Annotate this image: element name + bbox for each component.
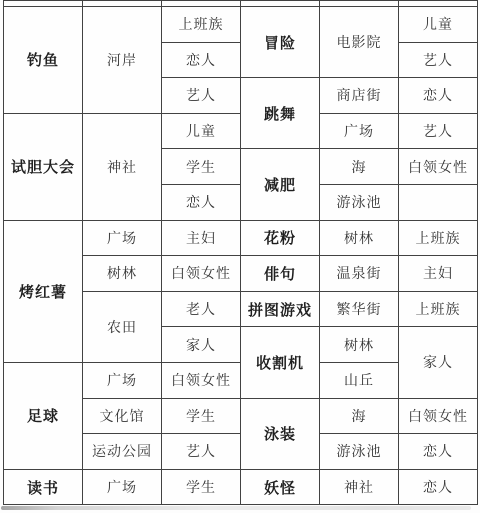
activity-cell: 冒险 — [241, 7, 320, 78]
character-cell: 上班族 — [399, 291, 478, 327]
activity-cell: 妖怪 — [241, 469, 320, 505]
table-body: 钓鱼河岸上班族冒险电影院儿童恋人艺人艺人跳舞商店街恋人试胆大会神社儿童广场艺人学… — [4, 1, 478, 505]
character-cell: 艺人 — [399, 42, 478, 78]
character-cell: 老人 — [162, 291, 241, 327]
table-row: 烤红薯广场主妇花粉树林上班族 — [4, 220, 478, 256]
character-cell: 艺人 — [162, 434, 241, 470]
location-cell: 神社 — [83, 113, 162, 220]
character-cell: 上班族 — [162, 7, 241, 43]
activity-cell: 减肥 — [241, 149, 320, 220]
location-cell: 游泳池 — [320, 184, 399, 220]
activity-cell: 跳舞 — [241, 78, 320, 149]
location-cell: 树林 — [320, 327, 399, 363]
location-cell: 繁华街 — [320, 291, 399, 327]
location-cell: 广场 — [320, 113, 399, 149]
character-cell: 学生 — [162, 398, 241, 434]
character-cell: 学生 — [162, 469, 241, 505]
location-cell: 河岸 — [83, 7, 162, 114]
activity-cell: 钓鱼 — [4, 7, 83, 114]
character-cell: 艺人 — [162, 78, 241, 114]
activity-cell: 收割机 — [241, 327, 320, 398]
location-cell: 文化馆 — [83, 398, 162, 434]
character-cell: 白领女性 — [399, 398, 478, 434]
character-cell: 学生 — [162, 149, 241, 185]
location-cell: 商店街 — [320, 78, 399, 114]
location-cell: 电影院 — [320, 7, 399, 78]
location-cell: 海 — [320, 398, 399, 434]
character-cell: 恋人 — [399, 434, 478, 470]
activity-cell: 读书 — [4, 469, 83, 505]
table-row: 读书广场学生妖怪神社恋人 — [4, 469, 478, 505]
location-cell: 广场 — [83, 362, 162, 398]
character-cell: 艺人 — [399, 113, 478, 149]
page-edge-shadow — [1, 506, 471, 510]
location-cell: 广场 — [83, 469, 162, 505]
location-cell: 温泉街 — [320, 256, 399, 292]
character-cell: 恋人 — [162, 42, 241, 78]
location-cell: 树林 — [320, 220, 399, 256]
activity-cell: 足球 — [4, 362, 83, 469]
activity-cell: 俳句 — [241, 256, 320, 292]
table-row: 钓鱼河岸上班族冒险电影院儿童 — [4, 7, 478, 43]
location-cell: 广场 — [83, 220, 162, 256]
document-page: 钓鱼河岸上班族冒险电影院儿童恋人艺人艺人跳舞商店街恋人试胆大会神社儿童广场艺人学… — [0, 0, 480, 513]
character-cell: 儿童 — [399, 7, 478, 43]
character-cell — [399, 184, 478, 220]
activity-cell: 泳装 — [241, 398, 320, 469]
location-cell: 游泳池 — [320, 434, 399, 470]
activity-cell: 花粉 — [241, 220, 320, 256]
activity-cell: 试胆大会 — [4, 113, 83, 220]
character-cell: 上班族 — [399, 220, 478, 256]
location-cell: 神社 — [320, 469, 399, 505]
character-cell: 主妇 — [162, 220, 241, 256]
character-cell: 恋人 — [399, 78, 478, 114]
location-cell: 树林 — [83, 256, 162, 292]
location-cell: 山丘 — [320, 362, 399, 398]
character-cell: 儿童 — [162, 113, 241, 149]
character-cell: 主妇 — [399, 256, 478, 292]
character-cell: 白领女性 — [162, 256, 241, 292]
character-cell: 家人 — [162, 327, 241, 363]
character-cell: 恋人 — [162, 184, 241, 220]
character-cell: 恋人 — [399, 469, 478, 505]
location-cell: 海 — [320, 149, 399, 185]
activity-cell: 烤红薯 — [4, 220, 83, 362]
character-cell: 白领女性 — [162, 362, 241, 398]
character-cell: 白领女性 — [399, 149, 478, 185]
character-cell: 家人 — [399, 327, 478, 398]
game-guide-table: 钓鱼河岸上班族冒险电影院儿童恋人艺人艺人跳舞商店街恋人试胆大会神社儿童广场艺人学… — [3, 0, 478, 505]
location-cell: 农田 — [83, 291, 162, 362]
location-cell: 运动公园 — [83, 434, 162, 470]
activity-cell: 拼图游戏 — [241, 291, 320, 327]
